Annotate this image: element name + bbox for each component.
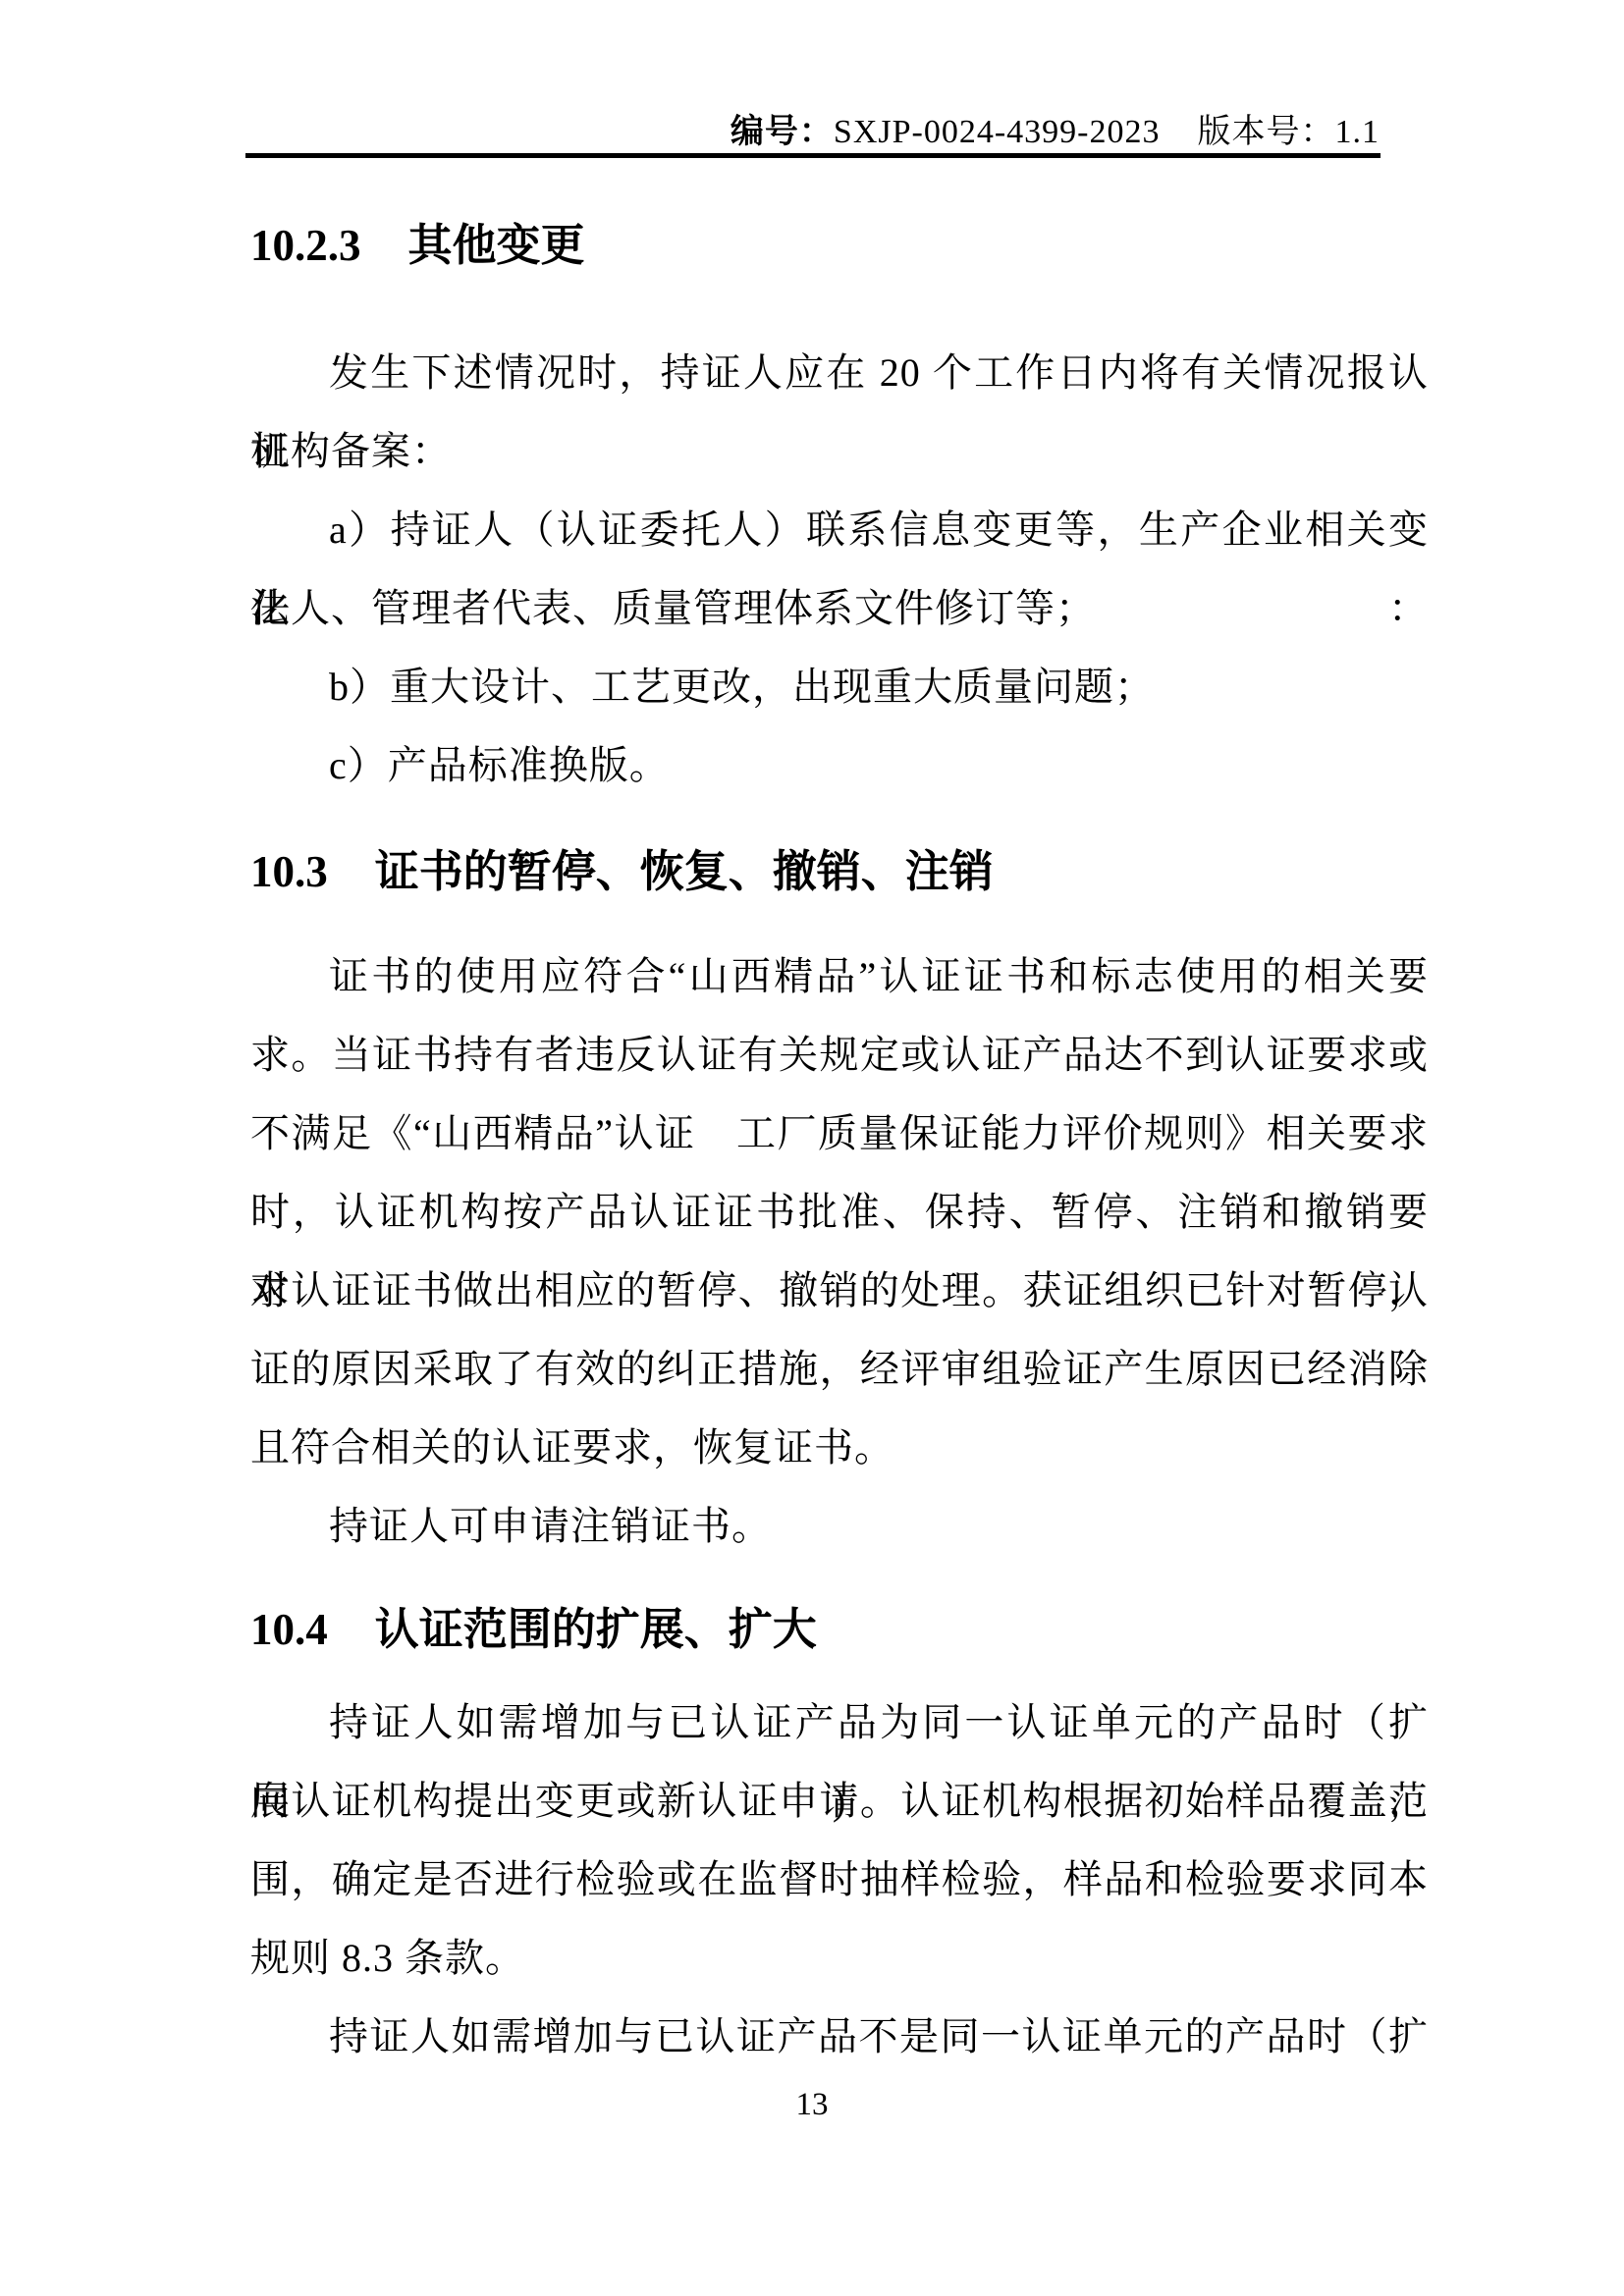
paragraph-line: 不满足《“山西精品”认证 工厂质量保证能力评价规则》相关要求 <box>250 1095 1429 1173</box>
paragraph-line: 求。当证书持有者违反认证有关规定或认证产品达不到认证要求或 <box>250 1016 1429 1095</box>
doc-number-value: SXJP-0024-4399-2023 <box>834 114 1161 150</box>
paragraph-line: 围，确定是否进行检验或在监督时抽样检验，样品和检验要求同本 <box>250 1841 1429 1919</box>
section-number: 10.3 <box>250 847 328 896</box>
paragraph-line: 规则 8.3 条款。 <box>250 1919 1429 1998</box>
paragraph-line: 证的原因采取了有效的纠正措施，经评审组验证产生原因已经消除 <box>250 1330 1429 1409</box>
page-footer: 13 <box>0 2087 1624 2123</box>
doc-number-label: 编号： <box>731 114 834 150</box>
paragraph-line: 证书的使用应符合“山西精品”认证证书和标志使用的相关要 <box>250 937 1429 1016</box>
paragraph-line: 持证人如需增加与已认证产品不是同一认证单元的产品时（扩 <box>250 1998 1429 2076</box>
header-rule <box>245 153 1380 158</box>
document-page: 编号：SXJP-0024-4399-2023版本号：1.1 10.2.3其他变更… <box>0 0 1624 2296</box>
paragraph-line: 且符合相关的认证要求，恢复证书。 <box>250 1409 1429 1487</box>
paragraph-line: 机构备案： <box>250 412 1429 491</box>
paragraph-line: 持证人可申请注销证书。 <box>250 1487 1429 1566</box>
section-title: 证书的暂停、恢复、撤销、注销 <box>375 847 994 896</box>
paragraph-line: 向认证机构提出变更或新认证申请。认证机构根据初始样品覆盖范 <box>250 1762 1429 1841</box>
paragraph-line: 时，认证机构按产品认证证书批准、保持、暂停、注销和撤销要求， <box>250 1173 1429 1252</box>
list-item-c: c）产品标准换版。 <box>250 726 1429 805</box>
document-body: 10.2.3其他变更 发生下述情况时，持证人应在 20 个工作日内将有关情况报认… <box>250 206 1429 2076</box>
section-heading-10-3: 10.3证书的暂停、恢复、撤销、注销 <box>250 832 1429 911</box>
paragraph-line: 发生下述情况时，持证人应在 20 个工作日内将有关情况报认证 <box>250 334 1429 412</box>
section-heading-10-2-3: 10.2.3其他变更 <box>250 206 1429 285</box>
version-label: 版本号：1.1 <box>1198 114 1380 150</box>
paragraph-line: 对认证证书做出相应的暂停、撤销的处理。获证组织已针对暂停认 <box>250 1252 1429 1330</box>
section-number: 10.4 <box>250 1605 328 1654</box>
paragraph-line: 持证人如需增加与已认证产品为同一认证单元的产品时（扩展)， <box>250 1683 1429 1762</box>
section-heading-10-4: 10.4认证范围的扩展、扩大 <box>250 1590 1429 1669</box>
page-number: 13 <box>796 2087 829 2122</box>
page-header: 编号：SXJP-0024-4399-2023版本号：1.1 <box>0 104 1380 152</box>
section-title: 认证范围的扩展、扩大 <box>375 1605 817 1654</box>
section-title: 其他变更 <box>408 221 585 270</box>
list-item-b: b）重大设计、工艺更改，出现重大质量问题； <box>250 648 1429 726</box>
section-number: 10.2.3 <box>250 221 361 270</box>
list-item-a-line: a）持证人（认证委托人）联系信息变更等，生产企业相关变化： <box>250 491 1429 569</box>
